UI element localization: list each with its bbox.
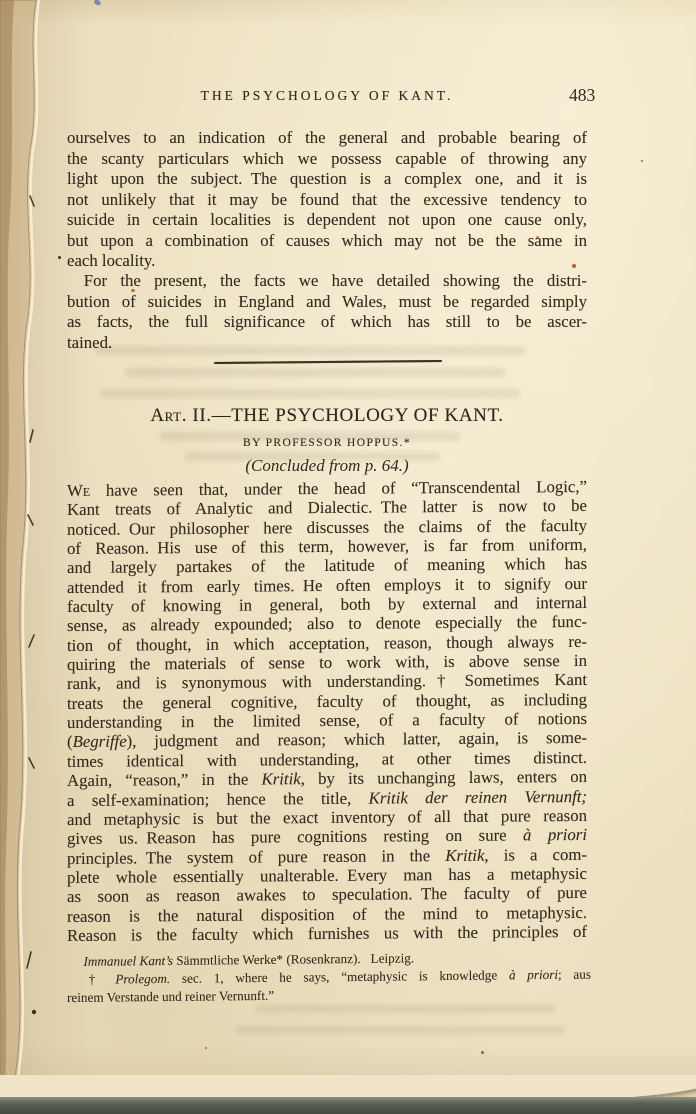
text-line: tained. <box>67 333 587 354</box>
article-byline: BY PROFESSOR HOPPUS.* <box>67 437 587 449</box>
text-line: suicide in certain localities is depende… <box>67 210 587 231</box>
text-line: each locality. <box>67 251 587 272</box>
text-line: light upon the subject. The question is … <box>67 169 587 190</box>
paper-speck <box>572 264 576 268</box>
footnotes: Immanuel Kant’s Sämmtliche Werke* (Rosen… <box>67 948 591 1007</box>
show-through-line <box>100 389 520 398</box>
ink-speck <box>93 0 101 6</box>
article-subtitle: (Concluded from p. 64.) <box>67 456 587 476</box>
text-line: ourselves to an indication of the genera… <box>67 128 587 149</box>
paper-speck <box>205 1047 207 1049</box>
text-line: bution of suicides in England and Wales,… <box>67 292 587 313</box>
text-line: Reason is the faculty which furnishes us… <box>67 922 587 945</box>
paper-speck <box>131 289 135 292</box>
previous-article-paragraph: ourselves to an indication of the genera… <box>67 128 587 272</box>
previous-article-paragraph: For the present, the facts we have detai… <box>67 271 587 353</box>
page-number: 483 <box>569 85 595 106</box>
text-line: but upon a combination of causes which m… <box>67 231 587 252</box>
paper-speck <box>536 236 539 239</box>
paper-speck <box>641 160 643 162</box>
show-through-line <box>235 1026 565 1034</box>
paper-speck <box>481 1051 484 1054</box>
article-heading: Art. II.—THE PSYCHOLOGY OF KANT. <box>67 405 587 427</box>
section-divider-rule <box>214 360 442 364</box>
running-head: THE PSYCHOLOGY OF KANT. <box>67 88 587 104</box>
show-through-line <box>125 368 505 377</box>
book-bottom-edge <box>0 1097 696 1114</box>
show-through-line <box>255 1005 555 1013</box>
text-line: For the present, the facts we have detai… <box>67 271 587 292</box>
text-line: as facts, the full significance of which… <box>67 312 587 333</box>
torn-paper-edge <box>0 0 54 1114</box>
text-line: the scanty particulars which we possess … <box>67 149 587 170</box>
scanned-book-page: THE PSYCHOLOGY OF KANT. 483 ourselves to… <box>0 0 696 1114</box>
article-body: We have seen that, under the head of “Tr… <box>67 477 587 945</box>
stray-ink-dot <box>58 256 61 259</box>
text-line: not unlikely that it may be found that t… <box>67 190 587 211</box>
